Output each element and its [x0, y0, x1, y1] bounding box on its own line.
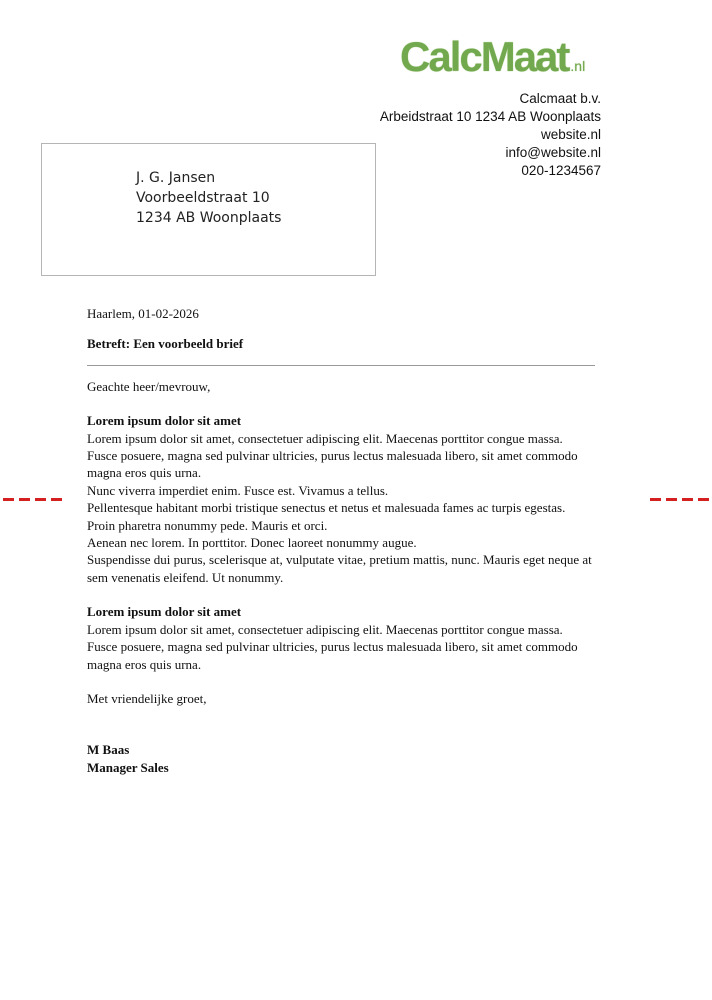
paragraph: Nunc viverra imperdiet enim. Fusce est. …: [87, 482, 595, 499]
sender-website: website.nl: [380, 126, 601, 144]
logo-name: CalcMaat: [400, 33, 568, 80]
section-heading: Lorem ipsum dolor sit amet: [87, 603, 595, 620]
logo-tld: .nl: [570, 58, 585, 74]
section-heading: Lorem ipsum dolor sit amet: [87, 412, 595, 429]
recipient-city: 1234 AB Woonplaats: [136, 208, 281, 228]
letter-closing: Met vriendelijke groet,: [87, 690, 595, 707]
company-logo: CalcMaat.nl: [400, 34, 585, 80]
paragraph: Lorem ipsum dolor sit amet, consectetuer…: [87, 430, 595, 482]
paragraph: Pellentesque habitant morbi tristique se…: [87, 499, 595, 534]
signature-title: Manager Sales: [87, 759, 595, 776]
recipient-street: Voorbeeldstraat 10: [136, 188, 281, 208]
recipient-name: J. G. Jansen: [136, 168, 281, 188]
paragraph: Lorem ipsum dolor sit amet, consectetuer…: [87, 621, 595, 673]
sender-company: Calcmaat b.v.: [380, 90, 601, 108]
fold-mark-right: [650, 498, 709, 501]
letter-subject: Betreft: Een voorbeeld brief: [87, 335, 595, 352]
paragraph: Aenean nec lorem. In porttitor. Donec la…: [87, 534, 595, 551]
sender-street: Arbeidstraat 10 1234 AB Woonplaats: [380, 108, 601, 126]
divider: [87, 365, 595, 366]
signature-name: M Baas: [87, 741, 595, 758]
sender-phone: 020-1234567: [380, 162, 601, 180]
letter-date: Haarlem, 01-02-2026: [87, 305, 595, 322]
sender-address: Calcmaat b.v. Arbeidstraat 10 1234 AB Wo…: [380, 90, 601, 180]
fold-mark-left: [3, 498, 62, 501]
paragraph: Suspendisse dui purus, scelerisque at, v…: [87, 551, 595, 586]
letter-greeting: Geachte heer/mevrouw,: [87, 378, 595, 395]
sender-email: info@website.nl: [380, 144, 601, 162]
recipient-address-window: J. G. Jansen Voorbeeldstraat 10 1234 AB …: [41, 143, 376, 276]
letter-body: Haarlem, 01-02-2026 Betreft: Een voorbee…: [87, 305, 595, 776]
